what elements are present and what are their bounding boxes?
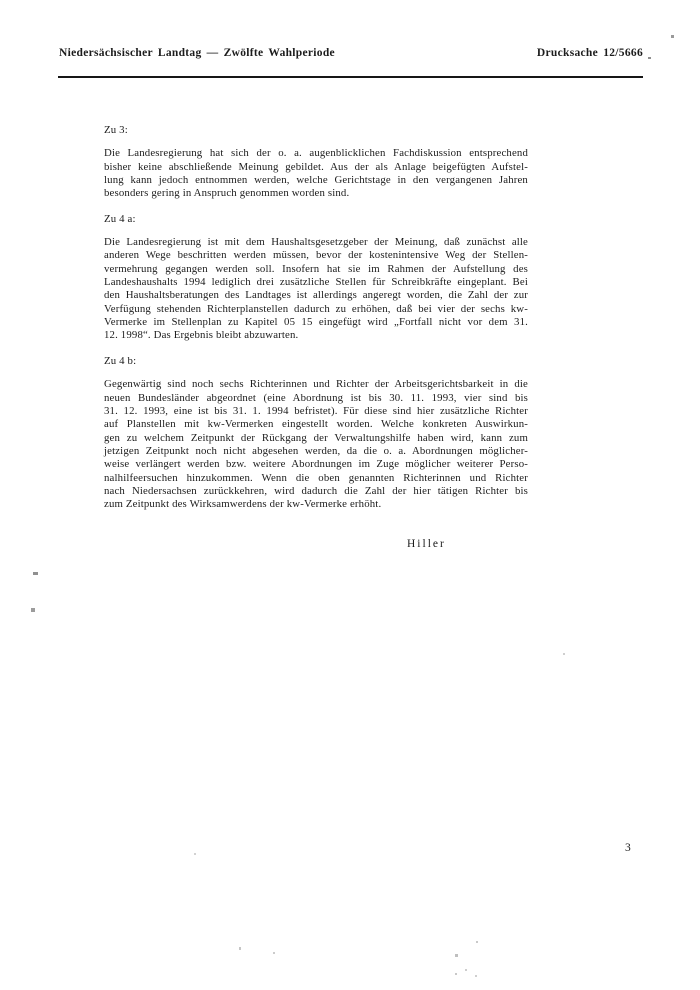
section-paragraph: Die Landesregierung ist mit dem Haushalt…	[104, 236, 528, 343]
section-heading: Zu 4 b:	[104, 355, 528, 368]
scan-speck	[455, 973, 457, 975]
scan-speck	[194, 853, 196, 855]
text-line: bisher keine abschließende Meinung gebil…	[104, 161, 528, 174]
scan-speck	[476, 941, 478, 943]
text-line: 12. 1998“. Das Ergebnis bleibt abzuwarte…	[104, 329, 528, 342]
text-line: neuen Bundesländer abgeordnet (eine Abor…	[104, 392, 528, 405]
text-line: jetzigen Zeitpunkt noch nicht abgesehen …	[104, 445, 528, 458]
section-paragraph: Gegenwärtig sind noch sechs Richterinnen…	[104, 378, 528, 511]
text-line: auf Planstellen mit kw-Vermerken eingest…	[104, 418, 528, 431]
text-line: vermehrung gegangen werden soll. Insofer…	[104, 263, 528, 276]
scan-speck	[273, 952, 275, 954]
scan-speck	[648, 57, 651, 59]
text-line: den Haushaltsberatungen des Landtages is…	[104, 289, 528, 302]
text-line: Vermerke im Stellenplan zu Kapitel 05 15…	[104, 316, 528, 329]
scan-speck	[671, 35, 674, 38]
text-line: weise verlängert werden bzw. weitere Abo…	[104, 458, 528, 471]
section: Zu 3: Die Landesregierung hat sich der o…	[104, 124, 528, 201]
section: Zu 4 a: Die Landesregierung ist mit dem …	[104, 213, 528, 343]
page-number: 3	[625, 842, 631, 854]
header-left-title: Niedersächsischer Landtag — Zwölfte Wahl…	[59, 47, 335, 59]
text-line: Die Landesregierung hat sich der o. a. a…	[104, 147, 528, 160]
text-line: nalhilfeersuchen hinzukommen. Wenn die o…	[104, 472, 528, 485]
section-heading: Zu 3:	[104, 124, 528, 137]
scan-speck	[455, 954, 458, 957]
document-body: Zu 3: Die Landesregierung hat sich der o…	[104, 124, 528, 524]
document-page: Niedersächsischer Landtag — Zwölfte Wahl…	[0, 0, 700, 990]
scan-speck	[33, 572, 38, 575]
text-line: Die Landesregierung ist mit dem Haushalt…	[104, 236, 528, 249]
text-line: lung kann jedoch entnommen werden, welch…	[104, 174, 528, 187]
header-right-docnumber: Drucksache 12/5666	[537, 47, 643, 59]
section: Zu 4 b: Gegenwärtig sind noch sechs Rich…	[104, 355, 528, 512]
text-line: Gegenwärtig sind noch sechs Richterinnen…	[104, 378, 528, 391]
scan-speck	[563, 653, 565, 655]
text-line: anderen Wege beschritten werden müssen, …	[104, 249, 528, 262]
scan-speck	[475, 975, 477, 977]
text-line: besonders gering in Anspruch genommen wo…	[104, 187, 528, 200]
section-heading: Zu 4 a:	[104, 213, 528, 226]
signature-name: Hiller	[407, 538, 446, 550]
section-paragraph: Die Landesregierung hat sich der o. a. a…	[104, 147, 528, 200]
text-line: 31. 12. 1993, eine ist bis 31. 1. 1994 b…	[104, 405, 528, 418]
scan-speck	[31, 608, 35, 612]
header-rule	[58, 76, 643, 78]
text-line: Verfügung stehenden Richterplanstellen d…	[104, 303, 528, 316]
text-line: zum Zeitpunkt des Wirksamwerdens der kw-…	[104, 498, 528, 511]
text-line: Landeshaushalts 1994 lediglich drei zusä…	[104, 276, 528, 289]
text-line: gen zu welchem Zeitpunkt der Rückgang de…	[104, 432, 528, 445]
scan-speck	[239, 947, 241, 950]
page-header: Niedersächsischer Landtag — Zwölfte Wahl…	[59, 47, 643, 59]
text-line: nach Niedersachsen zurückkehren, wird da…	[104, 485, 528, 498]
scan-speck	[465, 969, 467, 971]
